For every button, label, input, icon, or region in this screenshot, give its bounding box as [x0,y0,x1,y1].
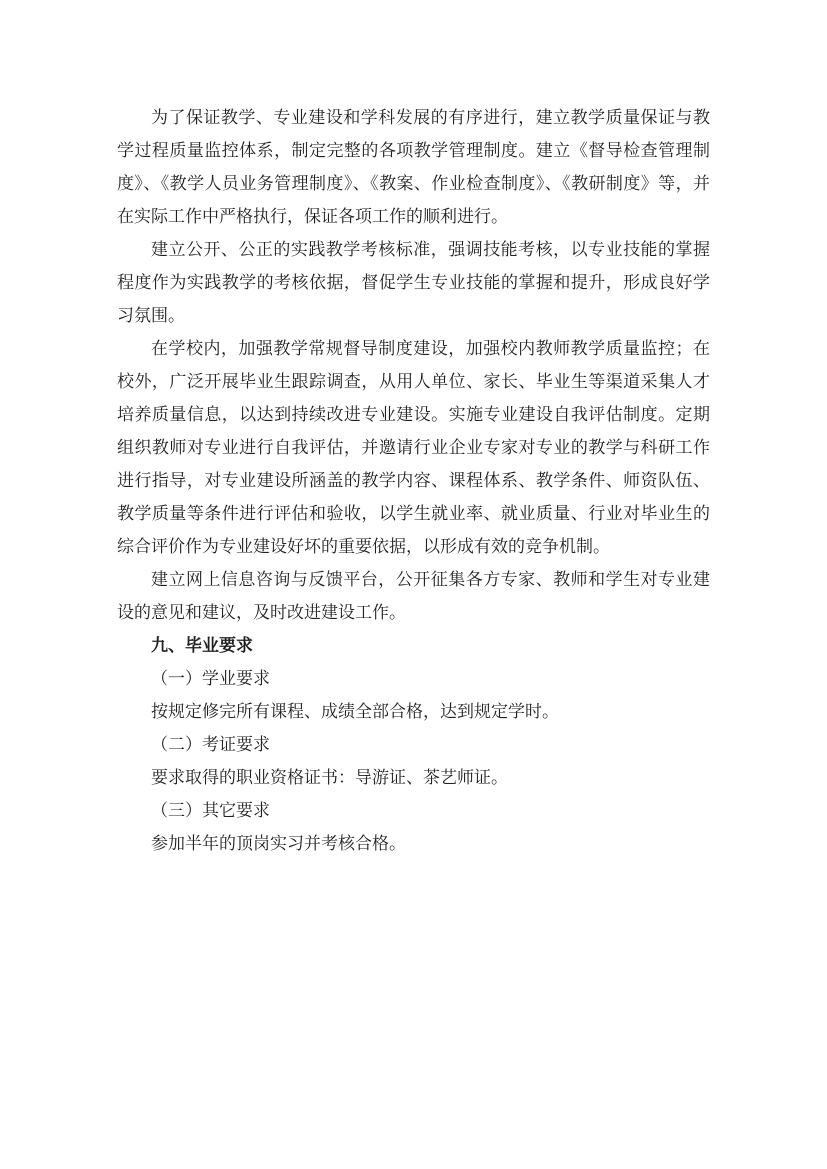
paragraph-practice-assessment: 建立公开、公正的实践教学考核标准，强调技能考核，以专业技能的掌握程度作为实践教学… [117,233,710,332]
graduation-item-label-academic: （一）学业要求 [117,662,710,695]
document-page: 为了保证教学、专业建设和学科发展的有序进行，建立教学质量保证与教学过程质量监控体… [0,0,827,1169]
section-heading-graduation-requirements: 九、毕业要求 [117,629,710,662]
graduation-item-label-other: （三）其它要求 [117,794,710,827]
graduation-item-content-certification: 要求取得的职业资格证书：导游证、茶艺师证。 [117,761,710,794]
graduation-item-label-certification: （二）考证要求 [117,728,710,761]
graduation-item-content-academic: 按规定修完所有课程、成绩全部合格，达到规定学时。 [117,695,710,728]
paragraph-supervision-evaluation: 在学校内，加强教学常规督导制度建设，加强校内教师教学质量监控；在校外，广泛开展毕… [117,332,710,563]
paragraph-online-feedback-platform: 建立网上信息咨询与反馈平台，公开征集各方专家、教师和学生对专业建设的意见和建议，… [117,563,710,629]
graduation-item-content-other: 参加半年的顶岗实习并考核合格。 [117,827,710,860]
paragraph-quality-assurance-system: 为了保证教学、专业建设和学科发展的有序进行，建立教学质量保证与教学过程质量监控体… [117,101,710,233]
